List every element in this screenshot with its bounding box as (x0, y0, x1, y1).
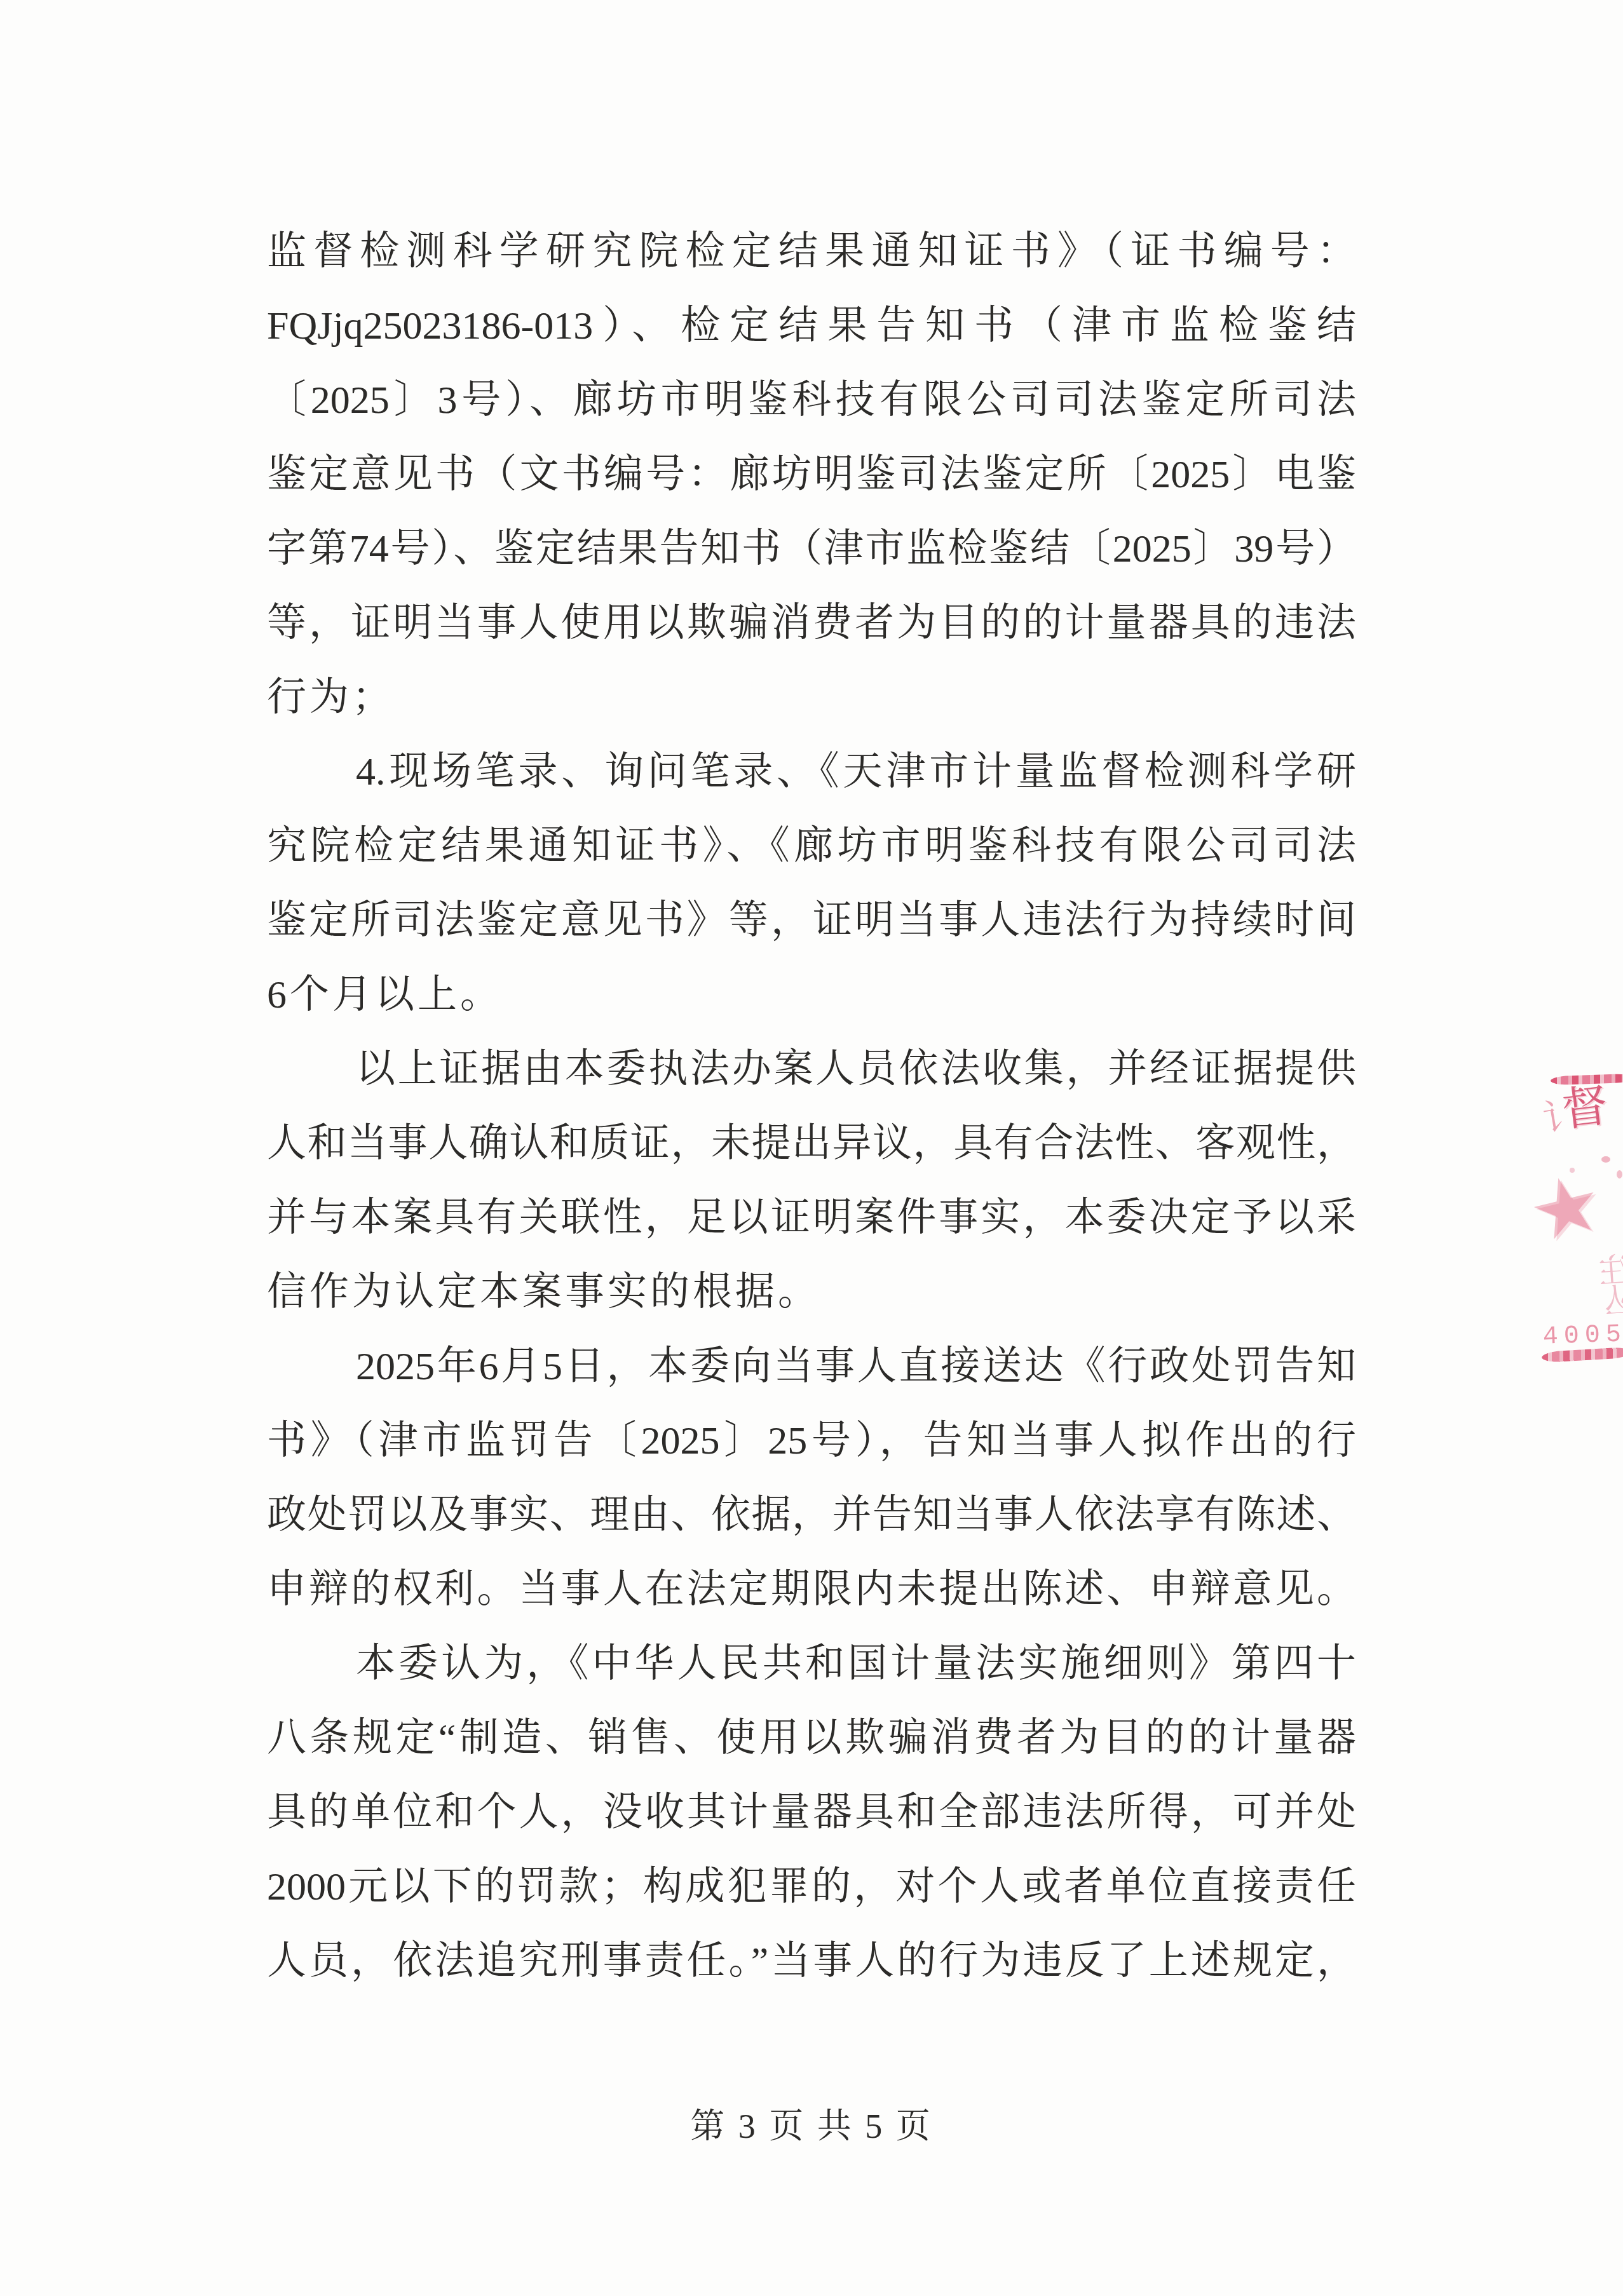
text-line: 监督检测科学研究院检定结果通知证书》（证书编号： (267, 215, 1356, 289)
text-line: 字第74号）、鉴定结果告知书（津市监检鉴结〔2025〕39号） (267, 512, 1356, 586)
seal-fragment-mark: 讠 (1540, 1095, 1583, 1138)
seal-ink-speck (1570, 1168, 1575, 1173)
seal-star-icon: ★ (1521, 1160, 1611, 1257)
seal-serial-digits: 40051 (1542, 1321, 1623, 1351)
text-line: 并与本案具有关联性，足以证明案件事实，本委决定予以采 (267, 1181, 1356, 1255)
text-line: 政处罚以及事实、理由、依据，并告知当事人依法享有陈述、 (267, 1478, 1356, 1553)
text-line: 鉴定意见书（文书编号：廊坊明鉴司法鉴定所〔2025〕电鉴 (267, 438, 1356, 512)
seal-arc-top (1551, 1074, 1623, 1086)
text-line: 〔2025〕3号）、廊坊市明鉴科技有限公司司法鉴定所司法 (267, 363, 1356, 438)
text-line: 2000元以下的罚款；构成犯罪的，对个人或者单位直接责任 (267, 1850, 1356, 1924)
text-line: 行为； (267, 661, 1356, 735)
text-line: 八条规定“制造、销售、使用以欺骗消费者为目的的计量器 (267, 1701, 1356, 1776)
text-line: 人员，依法追究刑事责任。”当事人的行为违反了上述规定， (267, 1924, 1356, 1999)
text-line: 以上证据由本委执法办案人员依法收集，并经证据提供 (267, 1032, 1356, 1107)
text-line: FQJjq25023186-013）、检定结果告知书（津市监检鉴结 (267, 289, 1356, 363)
text-line: 4.现场笔录、询问笔录、《天津市计量监督检测科学研 (267, 735, 1356, 809)
text-line: 6个月以上。 (267, 958, 1356, 1032)
seal-fragment-char: 丛 (1553, 1283, 1623, 1325)
text-line: 信作为认定本案事实的根据。 (267, 1255, 1356, 1330)
page-footer: 第 3 页 共 5 页 (0, 2088, 1623, 2164)
text-line: 申辩的权利。当事人在法定期限内未提出陈述、申辩意见。 (267, 1553, 1356, 1627)
seal-ink-speck (1601, 1156, 1610, 1163)
seal-arc-bottom (1542, 1347, 1623, 1363)
text-line: 鉴定所司法鉴定意见书》等，证明当事人违法行为持续时间 (267, 884, 1356, 958)
text-line: 具的单位和个人，没收其计量器具和全部违法所得，可并处 (267, 1776, 1356, 1850)
text-line: 2025年6月5日，本委向当事人直接送达《行政处罚告知 (267, 1330, 1356, 1404)
body-text: 监督检测科学研究院检定结果通知证书》（证书编号：FQJjq25023186-01… (267, 215, 1356, 1999)
page-number-text: 第 3 页 共 5 页 (690, 2107, 933, 2145)
text-line: 人和当事人确认和质证，未提出异议，具有合法性、客观性， (267, 1107, 1356, 1181)
text-line: 本委认为，《中华人民共和国计量法实施细则》第四十 (267, 1627, 1356, 1701)
seal-character: 督 (1559, 1081, 1611, 1135)
document-page: 监督检测科学研究院检定结果通知证书》（证书编号：FQJjq25023186-01… (0, 0, 1623, 2296)
text-line: 等，证明当事人使用以欺骗消费者为目的的计量器具的违法 (267, 586, 1356, 661)
text-line: 书》（津市监罚告〔2025〕25号），告知当事人拟作出的行 (267, 1404, 1356, 1478)
text-line: 究院检定结果通知证书》、《廊坊市明鉴科技有限公司司法 (267, 809, 1356, 884)
seal-ink-speck (1617, 1170, 1622, 1178)
seal-fragment-char: 注 (1548, 1253, 1623, 1294)
